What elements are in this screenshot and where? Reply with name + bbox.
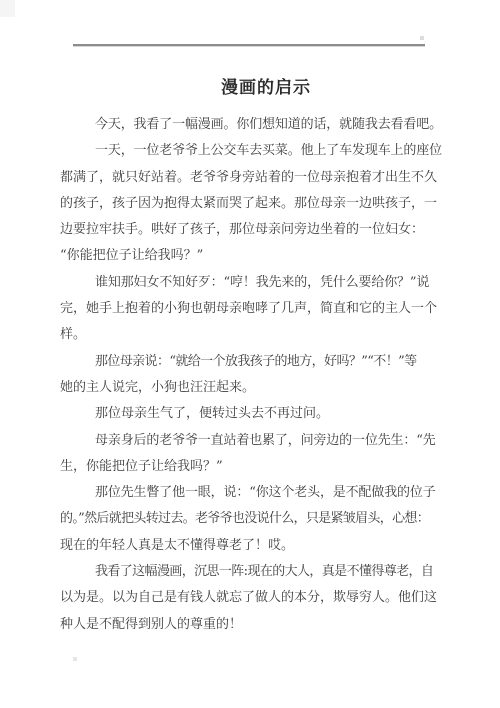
essay-line: 一天，一位老爷爷上公交车去买菜。他上了车发现车上的座位 [60,138,444,164]
essay-line: “你能把位子让给我吗？” [60,243,444,269]
essay-body: 今天，我看了一幅漫画。你们想知道的话，就随我去看看吧。一天，一位老爷爷上公交车去… [60,112,444,638]
essay-line: 完，她手上抱着的小狗也朝母亲咆哮了几声，简直和它的主人一个 [60,296,444,322]
essay-line: 种人是不配得到别人的尊重的！ [60,612,444,638]
essay-line: 样。 [60,322,444,348]
essay-line: 她的主人说完，小狗也汪汪起来。 [60,375,444,401]
essay-line: 的孩子，孩子因为抱得太紧而哭了起来。那位母亲一边哄孩子，一 [60,191,444,217]
essay-line: 那位先生瞥了他一眼，说：“你这个老头，是不配做我的位子 [60,480,444,506]
header-rule [73,44,425,47]
essay-line: 母亲身后的老爷爷一直站着也累了，问旁边的一位先生：“先 [60,428,444,454]
document-page: 漫画的启示 今天，我看了一幅漫画。你们想知道的话，就随我去看看吧。一天，一位老爷… [0,0,500,708]
essay-line: 生，你能把位子让给我吗？” [60,454,444,480]
essay-line: 我看了这幅漫画，沉思一阵:现在的大人，真是不懂得尊老，自 [60,559,444,585]
essay-line: 那位母亲说：“就给一个放我孩子的地方，好吗？”“不！”等 [60,349,444,375]
essay-line: 的。”然后就把头转过去。老爷爷也没说什么，只是紧皱眉头，心想： [60,506,444,532]
essay-title: 漫画的启示 [16,73,500,98]
essay-line: 都满了，就只好站着。老爷爷身旁站着的一位母亲抱着才出生不久 [60,165,444,191]
essay-line: 那位母亲生气了，便转过头去不再过问。 [60,401,444,427]
essay-line: 边要拉牢扶手。哄好了孩子，那位母亲问旁边坐着的一位妇女： [60,217,444,243]
scan-speck-bottom-left [73,657,77,661]
scan-speck-top-right [420,36,424,40]
essay-line: 今天，我看了一幅漫画。你们想知道的话，就随我去看看吧。 [60,112,444,138]
essay-line: 谁知那妇女不知好歹：“哼！我先来的，凭什么要给你？”说 [60,270,444,296]
scan-artifact-topleft [0,0,15,17]
essay-line: 以为是。以为自己是有钱人就忘了做人的本分，欺辱穷人。他们这 [60,585,444,611]
essay-line: 现在的年轻人真是太不懂得尊老了！哎。 [60,533,444,559]
